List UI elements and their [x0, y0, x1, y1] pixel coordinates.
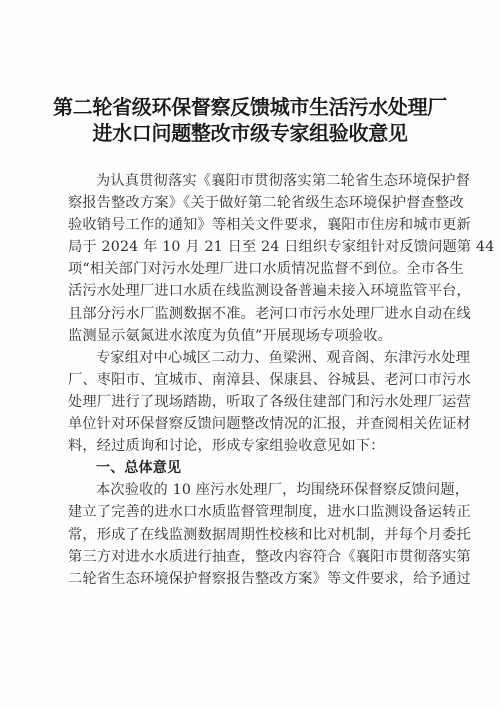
paragraph-3: 本次验收的 10 座污水处理厂，均围绕环保督察反馈问题， 建立了完善的进水口水质…: [68, 479, 432, 589]
paragraph-line: 本次验收的 10 座污水处理厂，均围绕环保督察反馈问题，: [68, 479, 432, 501]
paragraph-line: 厂、枣阳市、宜城市、南漳县、保康县、谷城县、老河口市污水: [68, 369, 432, 391]
paragraph-line: 单位针对环保督察反馈问题整改情况的汇报，并查阅相关佐证材: [68, 413, 432, 435]
document-title: 第二轮省级环保督察反馈城市生活污水处理厂 进水口问题整改市级专家组验收意见: [50, 94, 450, 146]
document-body: 为认真贯彻落实《襄阳市贯彻落实第二轮省生态环境保护督 察报告整改方案》《关于做好…: [68, 170, 432, 590]
paragraph-line: 察报告整改方案》《关于做好第二轮省级生态环境保护督查整改: [68, 192, 432, 214]
paragraph-line: 常，形成了在线监测数据周期性校核和比对机制，并每个月委托: [68, 524, 432, 546]
title-line-1: 第二轮省级环保督察反馈城市生活污水处理厂: [50, 94, 450, 120]
paragraph-line: 为认真贯彻落实《襄阳市贯彻落实第二轮省生态环境保护督: [68, 170, 432, 192]
section-heading: 一、总体意见: [68, 457, 432, 479]
paragraph-line: 第三方对进水水质进行抽查，整改内容符合《襄阳市贯彻落实第: [68, 546, 432, 568]
paragraph-line: 建立了完善的进水口水质监督管理制度，进水口监测设备运转正: [68, 501, 432, 523]
paragraph-line: 且部分污水厂监测数据不准。老河口市污水处理厂进水自动在线: [68, 303, 432, 325]
document-page: 第二轮省级环保督察反馈城市生活污水处理厂 进水口问题整改市级专家组验收意见 为认…: [0, 0, 500, 707]
title-line-2: 进水口问题整改市级专家组验收意见: [50, 120, 450, 146]
paragraph-line: 料，经过质询和讨论，形成专家组验收意见如下：: [68, 435, 432, 457]
paragraph-2: 专家组对中心城区二动力、鱼梁洲、观音阁、东津污水处理 厂、枣阳市、宜城市、南漳县…: [68, 347, 432, 457]
paragraph-line: 二轮省生态环境保护督察报告整改方案》等文件要求，给予通过: [68, 568, 432, 590]
paragraph-1: 为认真贯彻落实《襄阳市贯彻落实第二轮省生态环境保护督 察报告整改方案》《关于做好…: [68, 170, 432, 347]
paragraph-line: 处理厂进行了现场踏勘，听取了各级住建部门和污水处理厂运营: [68, 391, 432, 413]
paragraph-line: 监测显示氨氮进水浓度为负值”开展现场专项验收。: [68, 325, 432, 347]
paragraph-line: 专家组对中心城区二动力、鱼梁洲、观音阁、东津污水处理: [68, 347, 432, 369]
paragraph-line: 活污水处理厂进口水质在线监测设备普遍未接入环境监管平台，: [68, 280, 432, 302]
paragraph-line: 项“相关部门对污水处理厂进口水质情况监督不到位。全市各生: [68, 258, 432, 280]
paragraph-line: 验收销号工作的通知》等相关文件要求，襄阳市住房和城市更新: [68, 214, 432, 236]
paragraph-line: 局于 2024 年 10 月 21 日至 24 日组织专家组针对反馈问题第 44: [68, 236, 432, 258]
